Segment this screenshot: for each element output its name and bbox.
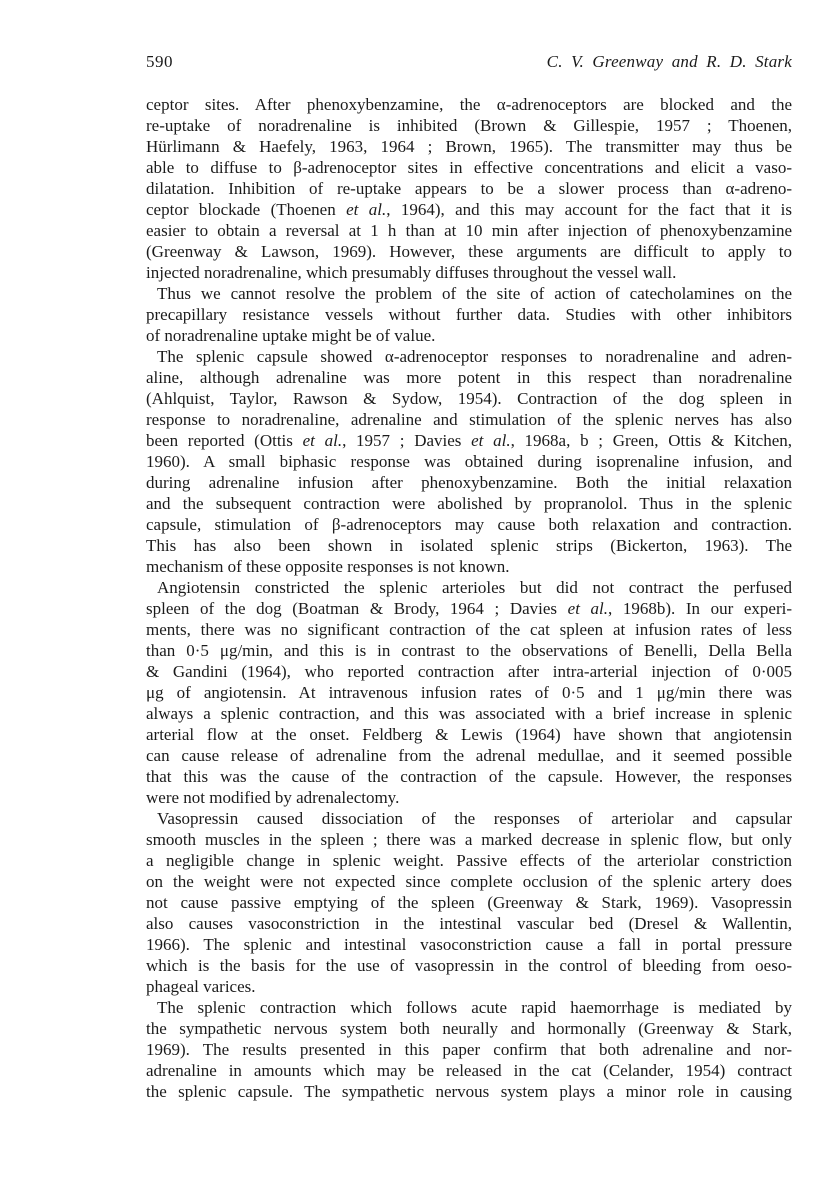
text-line: mechanism of these opposite responses is… [146, 556, 792, 577]
text-run: been reported (Ottis [146, 431, 303, 450]
running-head-authors: C. V. Greenway and R. D. Stark [547, 51, 792, 72]
text-run: phageal varices. [146, 977, 256, 996]
text-run: that this was the cause of the contracti… [146, 767, 792, 786]
text-run: the sympathetic nervous system both neur… [146, 1019, 792, 1038]
text-run: response to noradrenaline, adrenaline an… [146, 410, 792, 429]
text-run: et al. [346, 200, 386, 219]
text-line: during adrenaline infusion after phenoxy… [146, 472, 792, 493]
paragraph: Vasopressin caused dissociation of the r… [146, 808, 792, 997]
text-run: mechanism of these opposite responses is… [146, 557, 510, 576]
text-run: can cause release of adrenaline from the… [146, 746, 792, 765]
text-run: (Greenway & Lawson, 1969). However, thes… [146, 242, 792, 261]
text-run: 1969). The results presented in this pap… [146, 1040, 792, 1059]
text-line: ceptor sites. After phenoxybenzamine, th… [146, 94, 792, 115]
text-run: Thus we cannot resolve the problem of th… [157, 284, 792, 303]
text-line: injected noradrenaline, which presumably… [146, 262, 792, 283]
text-line: were not modified by adrenalectomy. [146, 787, 792, 808]
text-run: Angiotensin constricted the splenic arte… [157, 578, 792, 597]
text-line: μg of angiotensin. At intravenous infusi… [146, 682, 792, 703]
text-run: a negligible change in splenic weight. P… [146, 851, 792, 870]
text-run: injected noradrenaline, which presumably… [146, 263, 676, 282]
text-run: dilatation. Inhibition of re-uptake appe… [146, 179, 792, 198]
text-run: were not modified by adrenalectomy. [146, 788, 399, 807]
text-run: arterial flow at the onset. Feldberg & L… [146, 725, 792, 744]
page-number: 590 [146, 51, 173, 72]
paragraph: Angiotensin constricted the splenic arte… [146, 577, 792, 808]
text-run: et al. [471, 431, 510, 450]
text-line: Vasopressin caused dissociation of the r… [146, 808, 792, 829]
text-line: (Ahlquist, Taylor, Rawson & Sydow, 1954)… [146, 388, 792, 409]
text-line: not cause passive emptying of the spleen… [146, 892, 792, 913]
text-line: on the weight were not expected since co… [146, 871, 792, 892]
text-line: Angiotensin constricted the splenic arte… [146, 577, 792, 598]
text-line: re-uptake of noradrenaline is inhibited … [146, 115, 792, 136]
text-line: Hürlimann & Haefely, 1963, 1964 ; Brown,… [146, 136, 792, 157]
text-line: ments, there was no significant contract… [146, 619, 792, 640]
text-run: Hürlimann & Haefely, 1963, 1964 ; Brown,… [146, 137, 792, 156]
text-line: 1969). The results presented in this pap… [146, 1039, 792, 1060]
text-run: This has also been shown in isolated spl… [146, 536, 792, 555]
text-run: et al. [568, 599, 608, 618]
text-line: Thus we cannot resolve the problem of th… [146, 283, 792, 304]
text-line: spleen of the dog (Boatman & Brody, 1964… [146, 598, 792, 619]
text-line: The splenic capsule showed α-adrenocepto… [146, 346, 792, 367]
text-line: This has also been shown in isolated spl… [146, 535, 792, 556]
text-run: on the weight were not expected since co… [146, 872, 792, 891]
journal-page: 590 C. V. Greenway and R. D. Stark cepto… [0, 0, 816, 1183]
text-line: 1966). The splenic and intestinal vasoco… [146, 934, 792, 955]
text-line: able to diffuse to β-adrenoceptor sites … [146, 157, 792, 178]
text-run: ments, there was no significant contract… [146, 620, 792, 639]
text-run: , 1964), and this may account for the fa… [386, 200, 792, 219]
page-header: 590 C. V. Greenway and R. D. Stark [146, 51, 792, 72]
text-line: a negligible change in splenic weight. P… [146, 850, 792, 871]
text-run: ceptor blockade (Thoenen [146, 200, 346, 219]
text-run: easier to obtain a reversal at 1 h than … [146, 221, 792, 240]
text-line: the splenic capsule. The sympathetic ner… [146, 1081, 792, 1102]
text-run: 1960). A small biphasic response was obt… [146, 452, 792, 471]
text-line: easier to obtain a reversal at 1 h than … [146, 220, 792, 241]
text-line: response to noradrenaline, adrenaline an… [146, 409, 792, 430]
text-run: not cause passive emptying of the spleen… [146, 893, 792, 912]
text-run: of noradrenaline uptake might be of valu… [146, 326, 435, 345]
text-run: (Ahlquist, Taylor, Rawson & Sydow, 1954)… [146, 389, 792, 408]
text-line: been reported (Ottis et al., 1957 ; Davi… [146, 430, 792, 451]
text-run: The splenic capsule showed α-adrenocepto… [157, 347, 792, 366]
text-run: , 1968b). In our experi- [608, 599, 792, 618]
text-run: spleen of the dog (Boatman & Brody, 1964… [146, 599, 568, 618]
paragraph: Thus we cannot resolve the problem of th… [146, 283, 792, 346]
text-run: μg of angiotensin. At intravenous infusi… [146, 683, 792, 702]
text-block: ceptor sites. After phenoxybenzamine, th… [146, 94, 792, 1102]
text-line: (Greenway & Lawson, 1969). However, thes… [146, 241, 792, 262]
text-line: ceptor blockade (Thoenen et al., 1964), … [146, 199, 792, 220]
text-run: also causes vasoconstriction in the inte… [146, 914, 792, 933]
text-line: always a splenic contraction, and this w… [146, 703, 792, 724]
text-line: than 0·5 μg/min, and this is in contrast… [146, 640, 792, 661]
text-run: always a splenic contraction, and this w… [146, 704, 792, 723]
text-run: , 1957 ; Davies [342, 431, 471, 450]
text-line: 1960). A small biphasic response was obt… [146, 451, 792, 472]
text-line: capsule, stimulation of β-adrenoceptors … [146, 514, 792, 535]
text-run: and the subsequent contraction were abol… [146, 494, 792, 513]
text-line: can cause release of adrenaline from the… [146, 745, 792, 766]
text-run: et al. [303, 431, 342, 450]
text-line: also causes vasoconstriction in the inte… [146, 913, 792, 934]
text-line: dilatation. Inhibition of re-uptake appe… [146, 178, 792, 199]
text-run: precapillary resistance vessels without … [146, 305, 792, 324]
text-line: The splenic contraction which follows ac… [146, 997, 792, 1018]
text-run: smooth muscles in the spleen ; there was… [146, 830, 792, 849]
text-line: of noradrenaline uptake might be of valu… [146, 325, 792, 346]
text-run: Vasopressin caused dissociation of the r… [157, 809, 792, 828]
text-run: & Gandini (1964), who reported contracti… [146, 662, 792, 681]
text-run: which is the basis for the use of vasopr… [146, 956, 792, 975]
text-line: that this was the cause of the contracti… [146, 766, 792, 787]
text-run: aline, although adrenaline was more pote… [146, 368, 792, 387]
text-run: than 0·5 μg/min, and this is in contrast… [146, 641, 792, 660]
text-run: adrenaline in amounts which may be relea… [146, 1061, 792, 1080]
text-run: 1966). The splenic and intestinal vasoco… [146, 935, 792, 954]
text-line: phageal varices. [146, 976, 792, 997]
text-line: precapillary resistance vessels without … [146, 304, 792, 325]
text-line: and the subsequent contraction were abol… [146, 493, 792, 514]
text-run: ceptor sites. After phenoxybenzamine, th… [146, 95, 792, 114]
text-run: re-uptake of noradrenaline is inhibited … [146, 116, 792, 135]
text-run: capsule, stimulation of β-adrenoceptors … [146, 515, 792, 534]
text-line: aline, although adrenaline was more pote… [146, 367, 792, 388]
text-run: able to diffuse to β-adrenoceptor sites … [146, 158, 792, 177]
text-line: the sympathetic nervous system both neur… [146, 1018, 792, 1039]
text-run: during adrenaline infusion after phenoxy… [146, 473, 792, 492]
paragraph: ceptor sites. After phenoxybenzamine, th… [146, 94, 792, 283]
text-run: the splenic capsule. The sympathetic ner… [146, 1082, 792, 1101]
text-line: arterial flow at the onset. Feldberg & L… [146, 724, 792, 745]
text-run: , 1968a, b ; Green, Ottis & Kitchen, [511, 431, 792, 450]
text-line: which is the basis for the use of vasopr… [146, 955, 792, 976]
text-line: & Gandini (1964), who reported contracti… [146, 661, 792, 682]
paragraph: The splenic contraction which follows ac… [146, 997, 792, 1102]
text-run: The splenic contraction which follows ac… [157, 998, 792, 1017]
text-line: smooth muscles in the spleen ; there was… [146, 829, 792, 850]
paragraph: The splenic capsule showed α-adrenocepto… [146, 346, 792, 577]
text-line: adrenaline in amounts which may be relea… [146, 1060, 792, 1081]
